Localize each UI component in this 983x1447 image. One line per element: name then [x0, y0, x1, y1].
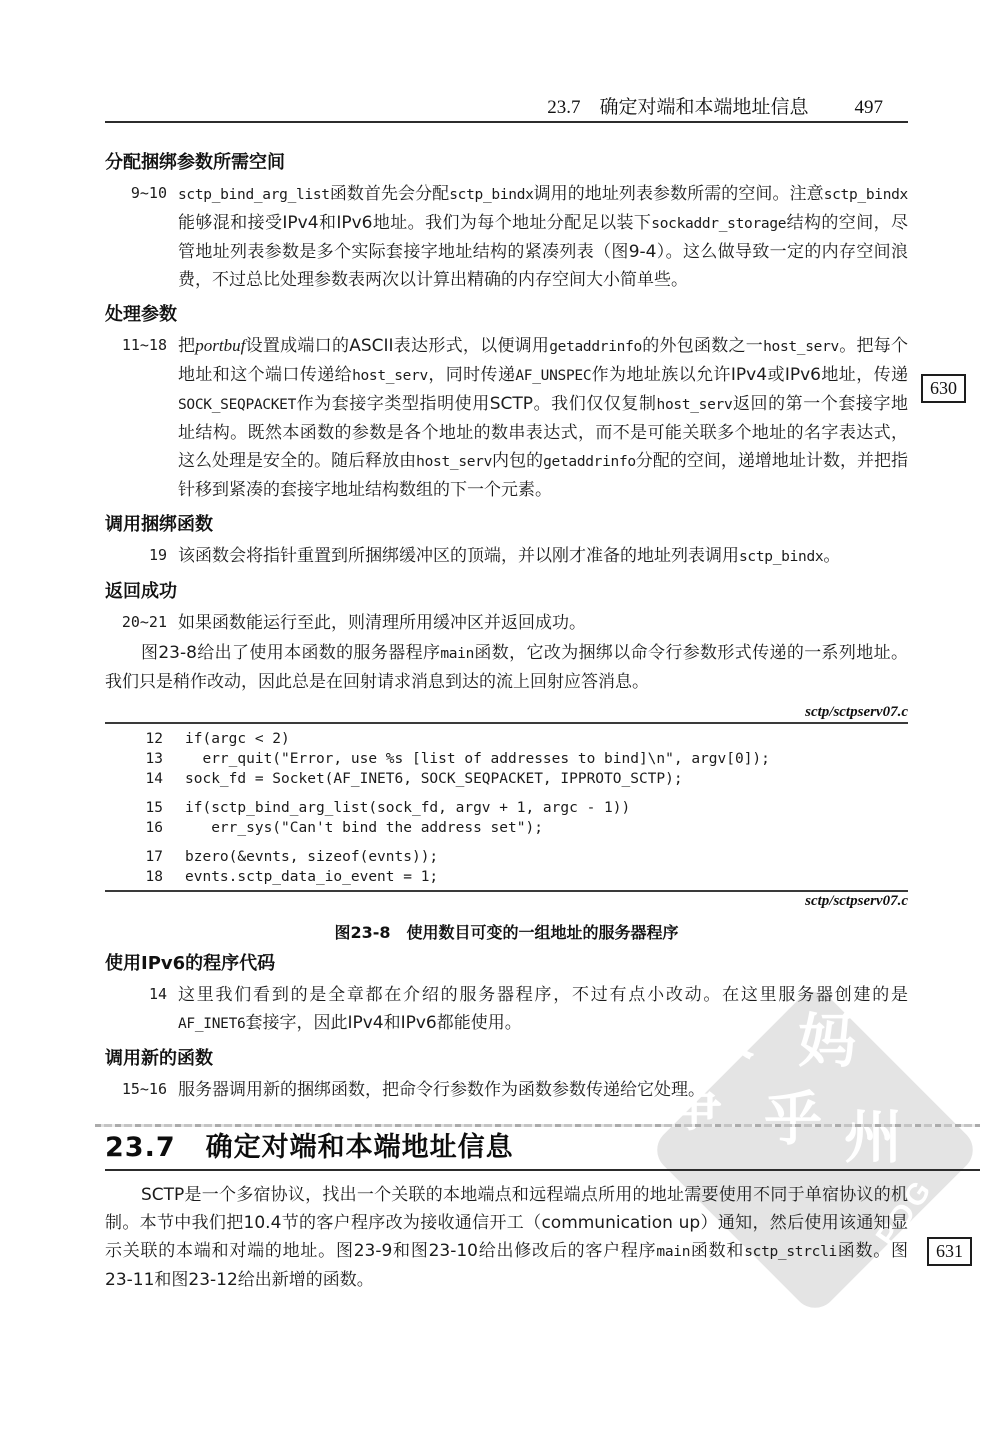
- code-line: 15if(sctp_bind_arg_list(sock_fd, argv + …: [105, 798, 908, 818]
- code-line: 18evnts.sctp_data_io_event = 1;: [105, 867, 908, 887]
- inline-code: sctp_bindx: [739, 549, 823, 565]
- subheading: 使用IPv6的程序代码: [105, 952, 908, 976]
- page-number: 497: [855, 97, 884, 119]
- code-line-number: 14: [105, 769, 163, 789]
- code-line: 13 err_quit("Error, use %s [list of addr…: [105, 749, 908, 769]
- paragraph-text: 服务器调用新的捆绑函数，把命令行参数作为函数参数传递给它处理。: [178, 1076, 908, 1104]
- text-run: 能够混和接受IPv4和IPv6地址。我们为每个地址分配足以装下: [178, 213, 651, 233]
- subheading: 调用新的函数: [105, 1047, 908, 1071]
- code-text: evnts.sctp_data_io_event = 1;: [185, 867, 438, 887]
- section-heading-block: 23.7确定对端和本端地址信息: [95, 1124, 980, 1171]
- page-header: 23.7 确定对端和本端地址信息 497: [547, 92, 883, 119]
- code-listing: 12if(argc < 2)13 err_quit("Error, use %s…: [105, 725, 908, 889]
- paragraph-text: sctp_bind_arg_list函数首先会分配sctp_bindx调用的地址…: [178, 180, 908, 294]
- line-range-marker: 9~10: [105, 184, 167, 202]
- numbered-paragraph: 9~10sctp_bind_arg_list函数首先会分配sctp_bindx调…: [105, 180, 908, 294]
- code-text: if(argc < 2): [185, 729, 290, 749]
- text-run: 函数首先会分配: [330, 184, 450, 204]
- section-title: 确定对端和本端地址信息: [206, 1132, 514, 1163]
- inline-code: AF_UNSPEC: [515, 368, 591, 384]
- inline-code: SOCK_SEQPACKET: [178, 397, 296, 413]
- code-text: if(sctp_bind_arg_list(sock_fd, argv + 1,…: [185, 798, 630, 818]
- inline-code: getaddrinfo: [549, 339, 642, 355]
- source-file-label: sctp/sctpserv07.c: [105, 704, 908, 721]
- text-run: 服务器调用新的捆绑函数，把命令行参数作为函数参数传递给它处理。: [178, 1080, 705, 1100]
- numbered-paragraph: 19该函数会将指针重置到所捆绑缓冲区的顶端，并以刚才准备的地址列表调用sctp_…: [105, 542, 908, 571]
- text-run: 函数和: [690, 1241, 744, 1261]
- text-run: 。: [823, 546, 840, 566]
- subheading: 处理参数: [105, 303, 908, 327]
- inline-code: sctp_bindx: [824, 187, 908, 203]
- numbered-paragraph: 15~16服务器调用新的捆绑函数，把命令行参数作为函数参数传递给它处理。: [105, 1076, 908, 1104]
- section-rule: [105, 1169, 980, 1171]
- code-line: 12if(argc < 2): [105, 729, 908, 749]
- inline-italic: portbuf: [195, 336, 245, 355]
- subheading: 调用捆绑函数: [105, 513, 908, 537]
- source-file-label: sctp/sctpserv07.c: [105, 893, 908, 910]
- inline-code: sctp_bindx: [449, 187, 533, 203]
- code-rule: [105, 722, 908, 724]
- figure-caption: 图23-8 使用数目可变的一组地址的服务器程序: [105, 920, 908, 943]
- inline-code: sctp_bind_arg_list: [178, 187, 330, 203]
- code-rule: [105, 890, 908, 892]
- text-run: 作为地址族以允许IPv4或IPv6地址，传递: [591, 365, 908, 385]
- inline-code: main: [656, 1244, 690, 1260]
- line-range-marker: 20~21: [105, 613, 167, 631]
- line-range-marker: 19: [105, 546, 167, 564]
- inline-code: host_serv: [352, 368, 428, 384]
- code-line-number: 13: [105, 749, 163, 769]
- code-line-number: 18: [105, 867, 163, 887]
- text-run: 该函数会将指针重置到所捆绑缓冲区的顶端，并以刚才准备的地址列表调用: [178, 546, 739, 566]
- line-range-marker: 11~18: [105, 336, 167, 354]
- content-column: 分配捆绑参数所需空间9~10sctp_bind_arg_list函数首先会分配s…: [105, 142, 908, 1296]
- code-line: 17bzero(&evnts, sizeof(evnts));: [105, 847, 908, 867]
- subheading: 返回成功: [105, 580, 908, 604]
- code-text: sock_fd = Socket(AF_INET6, SOCK_SEQPACKE…: [185, 769, 683, 789]
- inline-code: host_serv: [416, 454, 492, 470]
- text-run: 设置成端口的ASCII表达形式，以便调用: [245, 336, 549, 356]
- text-run: ，同时传递: [428, 365, 515, 385]
- paragraph-text: 把portbuf设置成端口的ASCII表达形式，以便调用getaddrinfo的…: [178, 332, 908, 504]
- paragraph-text: 如果函数能运行至此，则清理所用缓冲区并返回成功。: [178, 609, 908, 637]
- text-run: 的外包函数之一: [642, 336, 763, 356]
- code-line-number: 16: [105, 818, 163, 838]
- paragraph: SCTP是一个多宿协议，找出一个关联的本地端点和远程端点所用的地址需要使用不同于…: [105, 1181, 908, 1294]
- code-text: bzero(&evnts, sizeof(evnts));: [185, 847, 438, 867]
- code-line-number: 17: [105, 847, 163, 867]
- inline-code: sockaddr_storage: [651, 216, 786, 232]
- inline-code: sctp_strcli: [744, 1244, 837, 1260]
- inline-code: main: [440, 646, 474, 662]
- text-run: 调用的地址列表参数所需的空间。注意: [534, 184, 824, 204]
- section-number: 23.7: [105, 1132, 176, 1163]
- paragraph: 图23-8给出了使用本函数的服务器程序main函数，它改为捆绑以命令行参数形式传…: [105, 639, 908, 696]
- code-line: 14sock_fd = Socket(AF_INET6, SOCK_SEQPAC…: [105, 769, 908, 789]
- line-range-marker: 15~16: [105, 1080, 167, 1098]
- text-run: 套接字，因此IPv4和IPv6都能使用。: [245, 1013, 521, 1033]
- margin-page-box: 630: [921, 374, 966, 403]
- code-figure: sctp/sctpserv07.c12if(argc < 2)13 err_qu…: [105, 704, 908, 943]
- text-run: 图23-8给出了使用本函数的服务器程序: [141, 643, 440, 663]
- margin-page-box: 631: [927, 1237, 972, 1266]
- numbered-paragraph: 20~21如果函数能运行至此，则清理所用缓冲区并返回成功。: [105, 609, 908, 637]
- book-page: 家 妈 争 乎 州 PDG 23.7 确定对端和本端地址信息 497 630 6…: [0, 0, 983, 1447]
- numbered-paragraph: 14这里我们看到的是全章都在介绍的服务器程序，不过有点小改动。在这里服务器创建的…: [105, 981, 908, 1038]
- text-run: 把: [178, 336, 195, 356]
- text-run: 这里我们看到的是全章都在介绍的服务器程序，不过有点小改动。在这里服务器创建的是: [178, 985, 908, 1005]
- code-line-number: 12: [105, 729, 163, 749]
- inline-code: AF_INET6: [178, 1016, 245, 1032]
- inline-code: host_serv: [763, 339, 839, 355]
- code-line: [105, 838, 908, 847]
- text-run: 如果函数能运行至此，则清理所用缓冲区并返回成功。: [178, 613, 586, 633]
- inline-code: getaddrinfo: [543, 454, 636, 470]
- numbered-paragraph: 11~18把portbuf设置成端口的ASCII表达形式，以便调用getaddr…: [105, 332, 908, 504]
- line-range-marker: 14: [105, 985, 167, 1003]
- paragraph-text: 该函数会将指针重置到所捆绑缓冲区的顶端，并以刚才准备的地址列表调用sctp_bi…: [178, 542, 908, 571]
- code-line: 16 err_sys("Can't bind the address set")…: [105, 818, 908, 838]
- subheading: 分配捆绑参数所需空间: [105, 151, 908, 175]
- header-rule: [105, 121, 908, 123]
- text-run: 内包的: [492, 451, 543, 471]
- paragraph-text: 这里我们看到的是全章都在介绍的服务器程序，不过有点小改动。在这里服务器创建的是A…: [178, 981, 908, 1038]
- code-line-number: 15: [105, 798, 163, 818]
- inline-code: host_serv: [657, 397, 733, 413]
- code-text: err_quit("Error, use %s [list of address…: [185, 749, 770, 769]
- text-run: 作为套接字类型指明使用SCTP。我们仅仅复制: [296, 394, 657, 414]
- running-head: 23.7 确定对端和本端地址信息: [547, 92, 808, 119]
- texture-rule: [95, 1124, 980, 1127]
- code-text: err_sys("Can't bind the address set");: [185, 818, 543, 838]
- section-heading: 23.7确定对端和本端地址信息: [105, 1131, 980, 1165]
- code-line: [105, 789, 908, 798]
